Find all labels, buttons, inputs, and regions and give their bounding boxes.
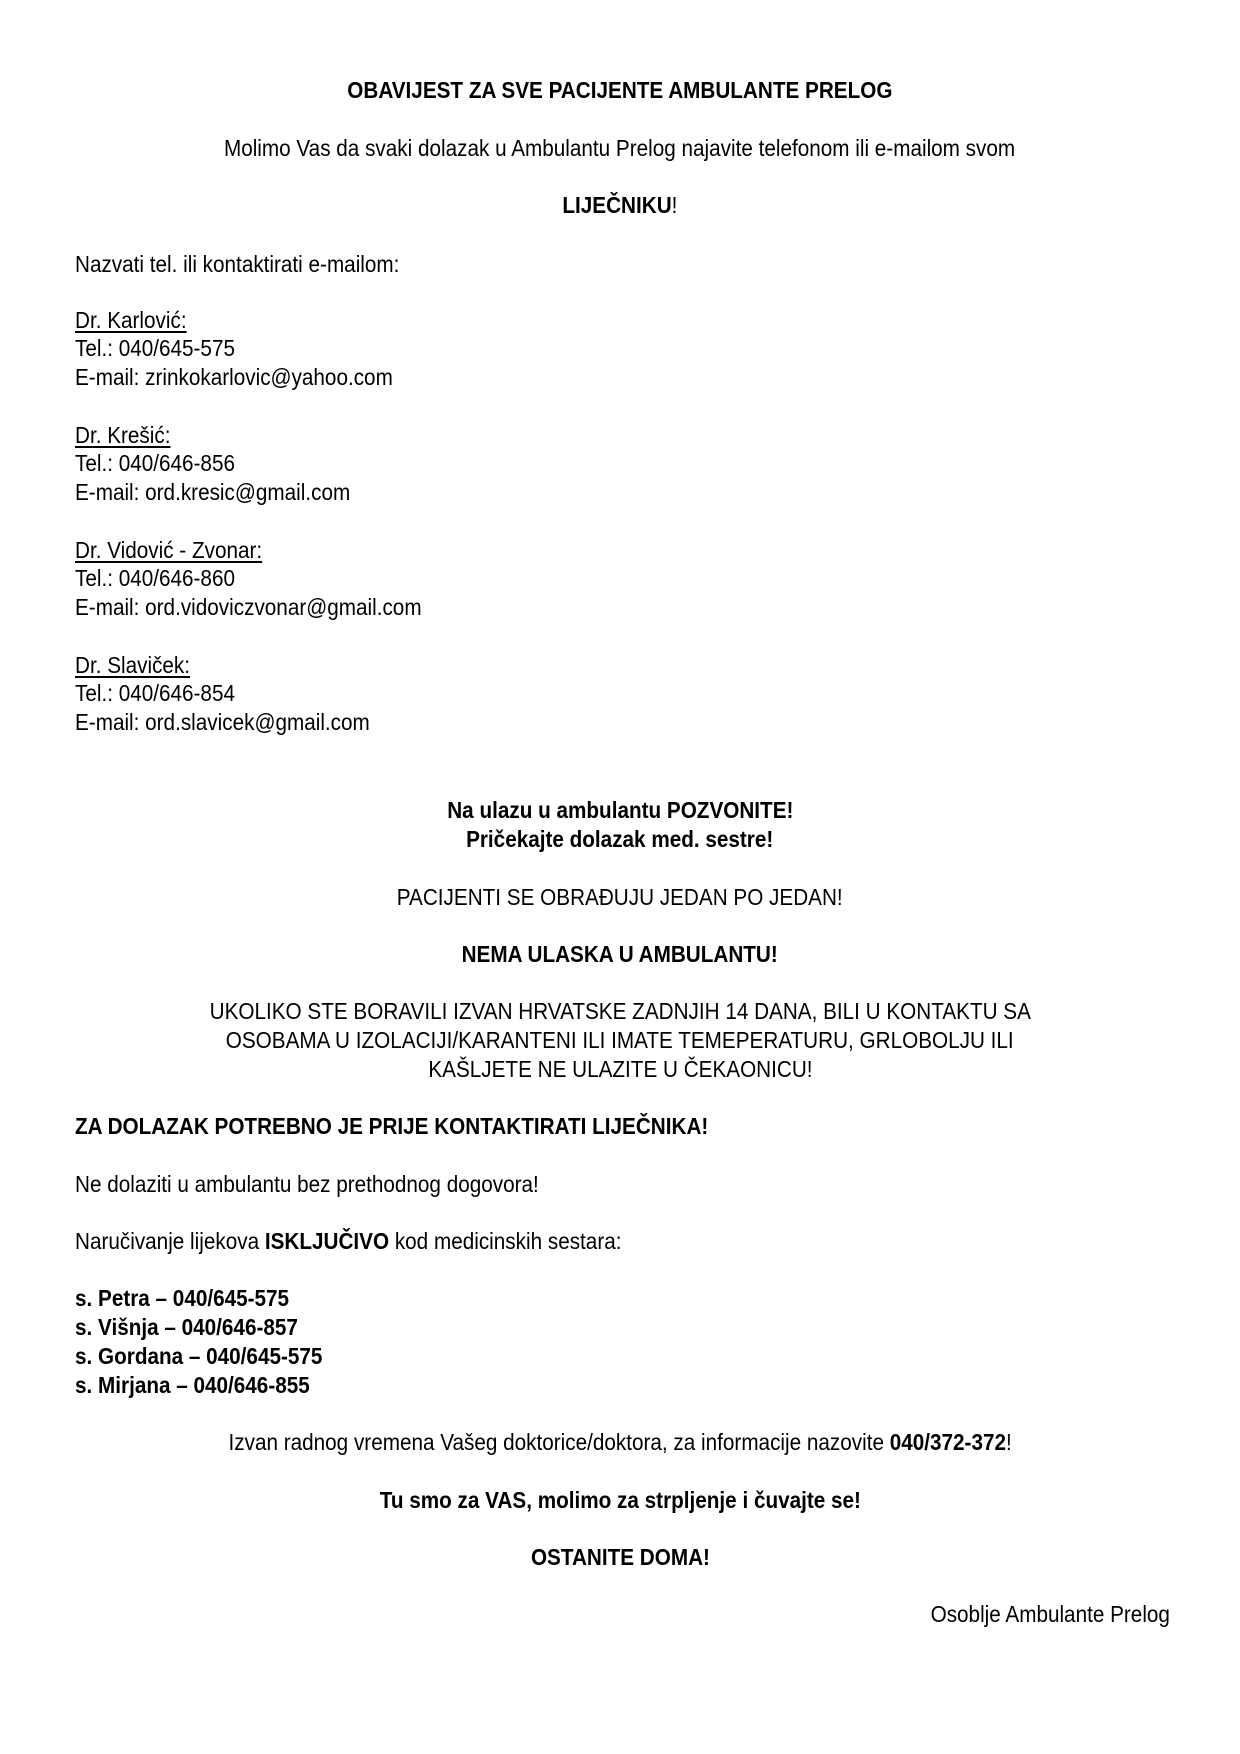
contact-prompt: Nazvati tel. ili kontaktirati e-mailom: — [75, 250, 435, 279]
doctor-email-text: E-mail: ord.slavicek@gmail.com — [75, 708, 370, 737]
no-entry-notice: NEMA ULASKA U AMBULANTU! — [0, 940, 1240, 969]
doctor-tel-text: Tel.: 040/646-860 — [75, 564, 235, 593]
doctor-tel: Tel.: 040/645-575 — [75, 334, 253, 363]
wait-nurse-text: Pričekajte dolazak med. sestre! — [466, 825, 773, 854]
doctor-tel: Tel.: 040/646-860 — [75, 564, 253, 593]
doctor-tel-text: Tel.: 040/645-575 — [75, 334, 235, 363]
nurse-item: s. Mirjana – 040/646-855 — [75, 1371, 336, 1400]
doctor-name-text: Dr. Karlović: — [75, 306, 187, 335]
warning-line: KAŠLJETE NE ULAZITE U ČEKAONICU! — [0, 1055, 1240, 1084]
intro-emphasis-suffix: ! — [672, 192, 678, 218]
doctor-email: E-mail: ord.vidoviczvonar@gmail.com — [75, 593, 460, 622]
no-arrival-without-appointment: Ne dolaziti u ambulantu bez prethodnog d… — [75, 1170, 590, 1199]
nurse-item: s. Petra – 040/645-575 — [75, 1284, 313, 1313]
warning-line-text: KAŠLJETE NE ULAZITE U ČEKAONICU! — [428, 1055, 812, 1084]
doctor-name: Dr. Vidović - Zvonar: — [75, 536, 283, 565]
stay-home-message: OSTANITE DOMA! — [0, 1543, 1240, 1572]
signature: Osoblje Ambulante Prelog — [904, 1600, 1170, 1629]
doctor-name: Dr. Karlović: — [75, 306, 199, 335]
one-by-one-text: PACIJENTI SE OBRAĐUJU JEDAN PO JEDAN! — [397, 883, 843, 912]
doctor-tel: Tel.: 040/646-854 — [75, 679, 253, 708]
after-hours-prefix: Izvan radnog vremena Vašeg doktorice/dok… — [228, 1429, 889, 1455]
contact-prompt-text: Nazvati tel. ili kontaktirati e-mailom: — [75, 250, 399, 279]
meds-suffix: kod medicinskih sestara: — [389, 1228, 621, 1254]
no-arrival-text: Ne dolaziti u ambulantu bez prethodnog d… — [75, 1170, 539, 1199]
nurse-item: s. Gordana – 040/645-575 — [75, 1342, 350, 1371]
contact-doctor-first: ZA DOLAZAK POTREBNO JE PRIJE KONTAKTIRAT… — [75, 1112, 779, 1141]
warning-line-text: UKOLIKO STE BORAVILI IZVAN HRVATSKE ZADN… — [209, 997, 1030, 1026]
wait-nurse-notice: Pričekajte dolazak med. sestre! — [0, 825, 1240, 854]
meds-prefix: Naručivanje lijekova — [75, 1228, 265, 1254]
nurse-item-text: s. Gordana – 040/645-575 — [75, 1342, 322, 1371]
warning-line: UKOLIKO STE BORAVILI IZVAN HRVATSKE ZADN… — [0, 997, 1240, 1026]
after-hours-phone: 040/372-372 — [890, 1429, 1006, 1455]
doctor-email-text: E-mail: zrinkokarlovic@yahoo.com — [75, 363, 393, 392]
intro-emphasis: LIJEČNIKU — [562, 192, 671, 218]
after-hours-suffix: ! — [1006, 1429, 1012, 1455]
ring-bell-text: Na ulazu u ambulantu POZVONITE! — [447, 796, 793, 825]
patience-text: Tu smo za VAS, molimo za strpljenje i ču… — [379, 1486, 860, 1515]
nurse-item: s. Višnja – 040/646-857 — [75, 1313, 323, 1342]
stay-home-text: OSTANITE DOMA! — [530, 1543, 709, 1572]
intro-emphasis-line: LIJEČNIKU! — [0, 191, 1240, 220]
doctor-tel: Tel.: 040/646-856 — [75, 449, 253, 478]
warning-line-text: OSOBAMA U IZOLACIJI/KARANTENI ILI IMATE … — [226, 1026, 1014, 1055]
doctor-name: Dr. Slaviček: — [75, 651, 203, 680]
doctor-email: E-mail: ord.kresic@gmail.com — [75, 478, 381, 507]
no-entry-text: NEMA ULASKA U AMBULANTU! — [462, 940, 778, 969]
warning-line: OSOBAMA U IZOLACIJI/KARANTENI ILI IMATE … — [0, 1026, 1240, 1055]
meds-emphasis: ISKLJUČIVO — [265, 1228, 389, 1254]
intro-line-text: Molimo Vas da svaki dolazak u Ambulantu … — [224, 134, 1015, 163]
doctor-email-text: E-mail: ord.vidoviczvonar@gmail.com — [75, 593, 422, 622]
doctor-name-text: Dr. Krešić: — [75, 421, 170, 450]
doctor-name-text: Dr. Slaviček: — [75, 651, 190, 680]
nurse-item-text: s. Višnja – 040/646-857 — [75, 1313, 298, 1342]
doctor-tel-text: Tel.: 040/646-854 — [75, 679, 235, 708]
one-by-one-notice: PACIJENTI SE OBRAĐUJU JEDAN PO JEDAN! — [0, 883, 1240, 912]
patience-message: Tu smo za VAS, molimo za strpljenje i ču… — [0, 1486, 1240, 1515]
doctor-name: Dr. Krešić: — [75, 421, 181, 450]
contact-doctor-first-text: ZA DOLAZAK POTREBNO JE PRIJE KONTAKTIRAT… — [75, 1112, 708, 1141]
intro-line: Molimo Vas da svaki dolazak u Ambulantu … — [0, 134, 1240, 163]
doctor-name-text: Dr. Vidović - Zvonar: — [75, 536, 262, 565]
doctor-tel-text: Tel.: 040/646-856 — [75, 449, 235, 478]
notice-title: OBAVIJEST ZA SVE PACIJENTE AMBULANTE PRE… — [0, 76, 1240, 105]
medication-ordering: Naručivanje lijekova ISKLJUČIVO kod medi… — [75, 1227, 682, 1256]
notice-title-text: OBAVIJEST ZA SVE PACIJENTE AMBULANTE PRE… — [347, 76, 892, 105]
nurse-item-text: s. Mirjana – 040/646-855 — [75, 1371, 310, 1400]
doctor-email-text: E-mail: ord.kresic@gmail.com — [75, 478, 350, 507]
nurse-item-text: s. Petra – 040/645-575 — [75, 1284, 289, 1313]
ring-bell-notice: Na ulazu u ambulantu POZVONITE! — [0, 796, 1240, 825]
doctor-email: E-mail: zrinkokarlovic@yahoo.com — [75, 363, 428, 392]
after-hours-info: Izvan radnog vremena Vašeg doktorice/dok… — [0, 1428, 1240, 1457]
doctor-email: E-mail: ord.slavicek@gmail.com — [75, 708, 403, 737]
signature-text: Osoblje Ambulante Prelog — [931, 1600, 1170, 1629]
